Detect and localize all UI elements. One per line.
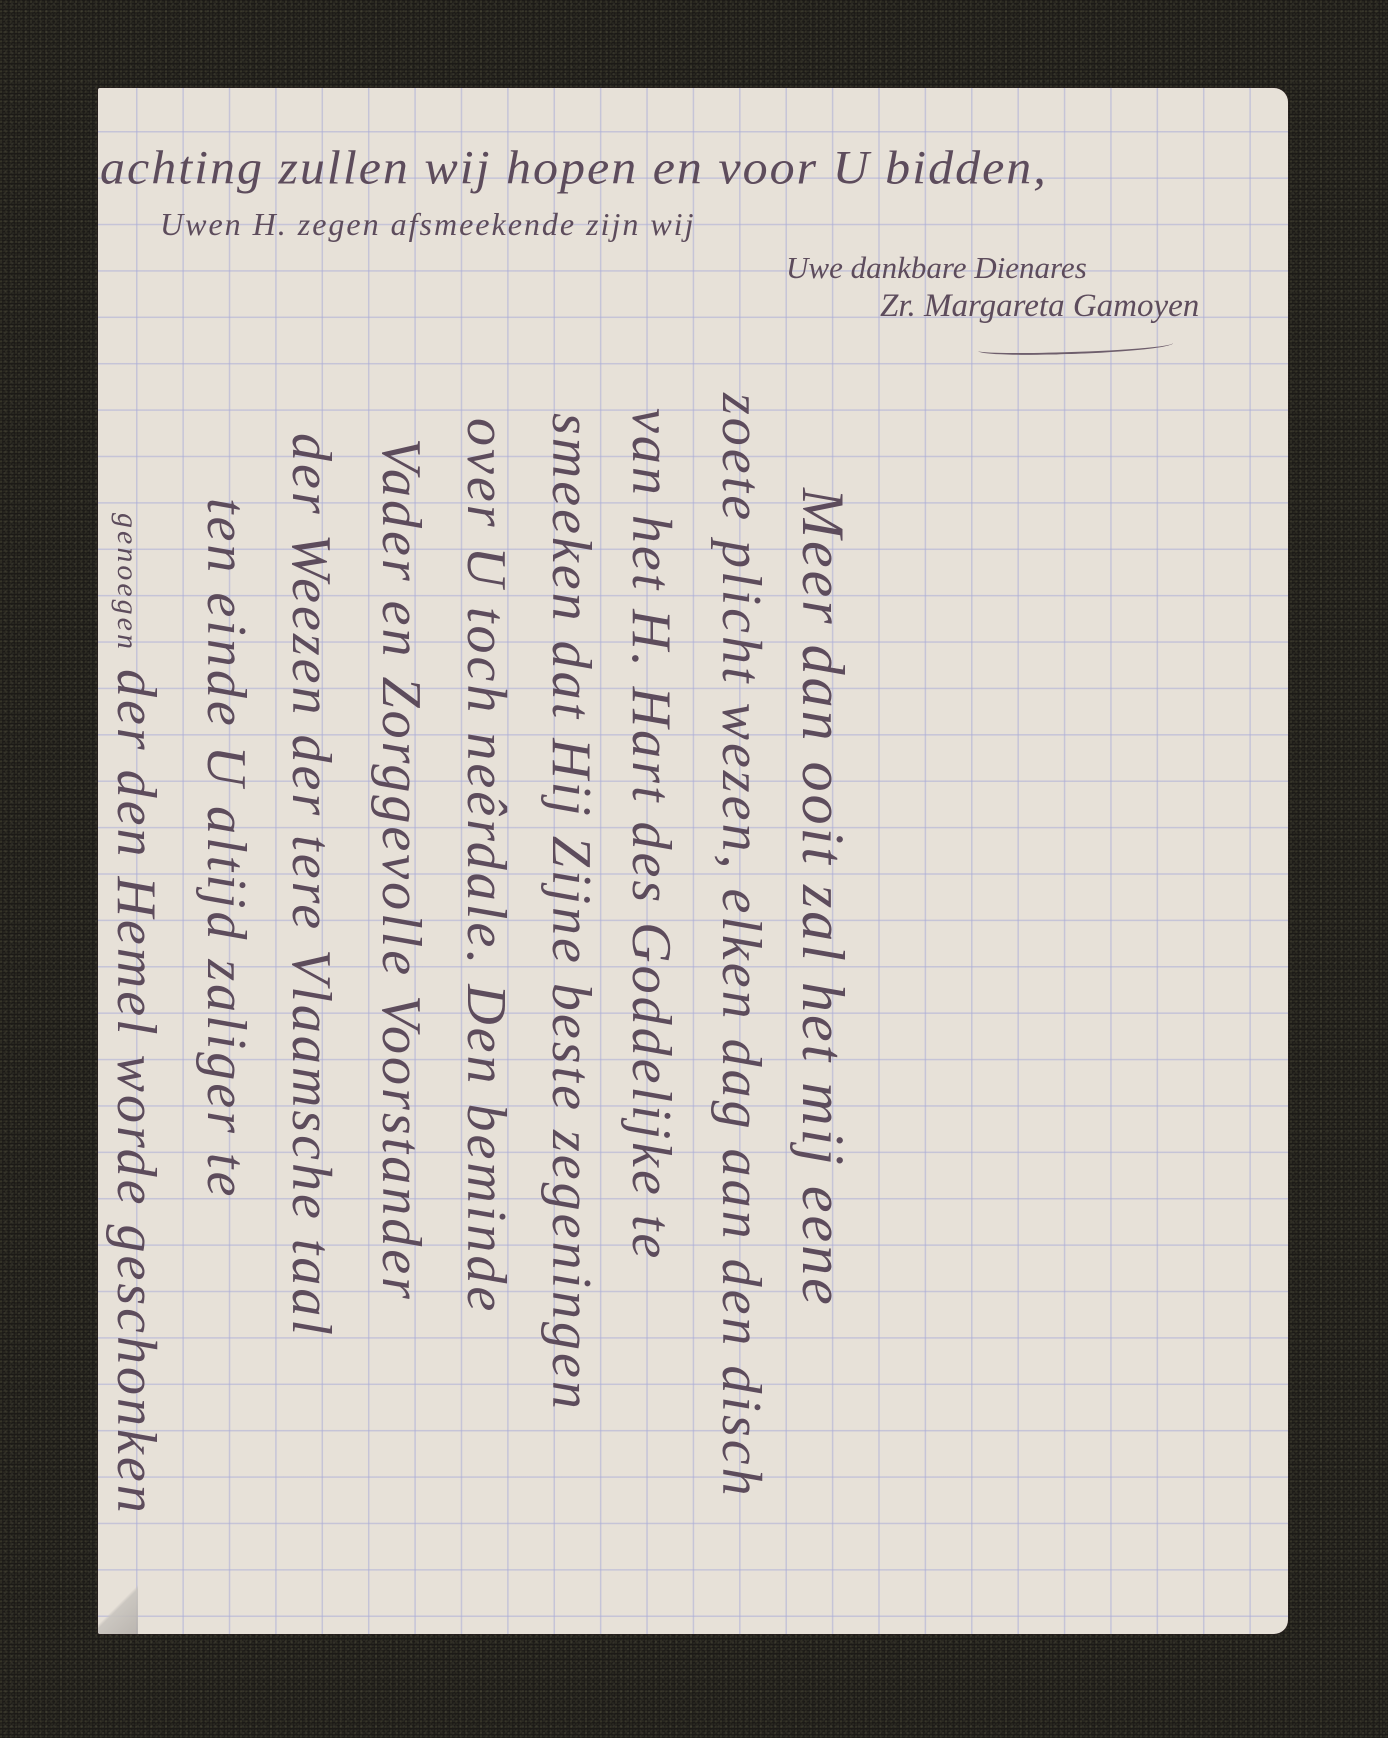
body-column-6: Vader en Zorggevolle Voorstander [373,438,429,1302]
body-column-4: smeeken dat Hij Zijne beste zegeningen [543,413,599,1412]
closing-line-1: achting zullen wij hopen en voor U bidde… [100,140,1048,195]
body-column-1: Meer dan ooit zal het mij eene [793,488,853,1308]
signature: Zr. Margareta Gamoyen [880,288,1199,325]
body-column-9-text: der den Hemel worde geschonken [105,669,167,1516]
letter-page: achting zullen wij hopen en voor U bidde… [98,88,1288,1634]
body-column-9: genoegen der den Hemel worde geschonken [108,513,164,1516]
margin-word: genoegen [111,513,144,652]
body-column-2: zoete plicht wezen, elken dag aan den di… [713,393,769,1499]
body-column-7: der Weezen der tere Vlaamsche taal [283,433,339,1338]
closing-line-2: Uwen H. zegen afsmeekende zijn wij [160,206,695,243]
closing-line-3: Uwe dankbare Dienares [786,250,1087,286]
body-column-5: over U toch neêrdale. Den beminde [458,418,514,1314]
signature-flourish [978,337,1173,356]
body-column-3: van het H. Hart des Goddelijke te [623,408,679,1261]
body-column-8: ten einde U altijd zaliger te [198,498,254,1199]
